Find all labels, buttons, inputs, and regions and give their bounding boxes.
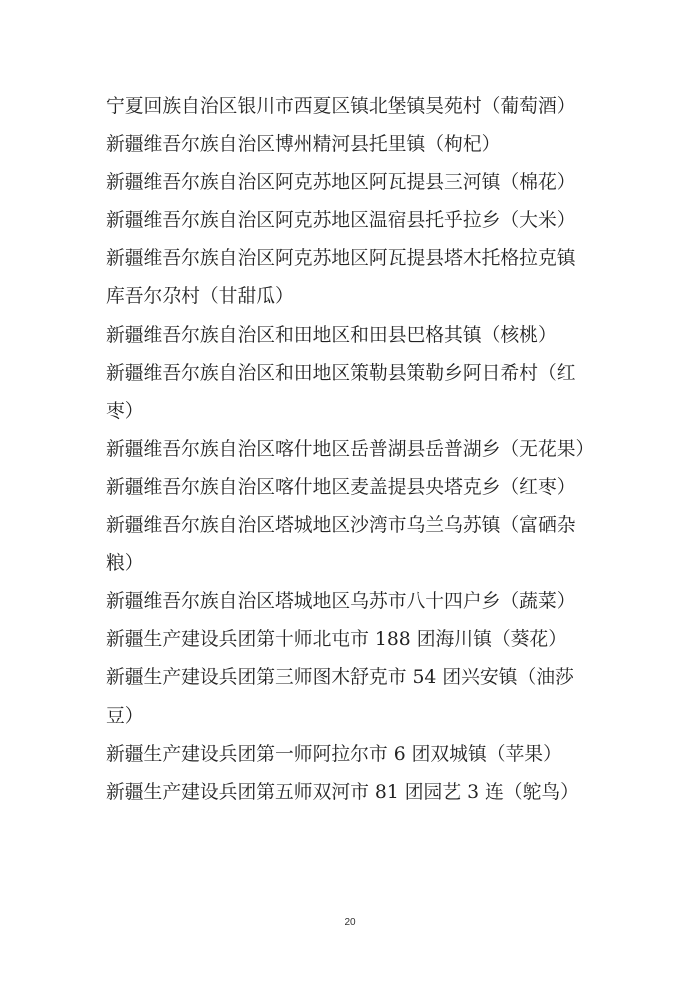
- text-line: 新疆维吾尔族自治区塔城地区乌苏市八十四户乡（蔬菜）: [106, 583, 586, 621]
- text-line: 新疆维吾尔族自治区阿克苏地区阿瓦提县三河镇（棉花）: [106, 164, 586, 202]
- text-line: 新疆生产建设兵团第一师阿拉尔市 6 团双城镇（苹果）: [106, 736, 586, 774]
- text-line: 枣）: [106, 393, 586, 431]
- text-line: 新疆维吾尔族自治区博州精河县托里镇（枸杞）: [106, 126, 586, 164]
- text-line: 新疆生产建设兵团第十师北屯市 188 团海川镇（葵花）: [106, 621, 586, 659]
- text-line: 新疆维吾尔族自治区喀什地区麦盖提县央塔克乡（红枣）: [106, 469, 586, 507]
- text-line: 新疆生产建设兵团第三师图木舒克市 54 团兴安镇（油莎: [106, 659, 586, 697]
- text-line: 新疆维吾尔族自治区阿克苏地区温宿县托乎拉乡（大米）: [106, 202, 586, 240]
- text-line: 新疆维吾尔族自治区和田地区和田县巴格其镇（核桃）: [106, 317, 586, 355]
- page-number: 20: [0, 917, 700, 928]
- text-line: 新疆维吾尔族自治区塔城地区沙湾市乌兰乌苏镇（富硒杂: [106, 507, 586, 545]
- text-line: 宁夏回族自治区银川市西夏区镇北堡镇昊苑村（葡萄酒）: [106, 88, 586, 126]
- document-page: 宁夏回族自治区银川市西夏区镇北堡镇昊苑村（葡萄酒） 新疆维吾尔族自治区博州精河县…: [0, 0, 700, 990]
- text-line: 库吾尔尕村（甘甜瓜）: [106, 278, 586, 316]
- text-line: 粮）: [106, 545, 586, 583]
- text-line: 新疆维吾尔族自治区喀什地区岳普湖县岳普湖乡（无花果）: [106, 431, 586, 469]
- document-body: 宁夏回族自治区银川市西夏区镇北堡镇昊苑村（葡萄酒） 新疆维吾尔族自治区博州精河县…: [106, 88, 586, 812]
- text-line: 豆）: [106, 698, 586, 736]
- text-line: 新疆维吾尔族自治区和田地区策勒县策勒乡阿日希村（红: [106, 355, 586, 393]
- text-line: 新疆生产建设兵团第五师双河市 81 团园艺 3 连（鸵鸟）: [106, 774, 586, 812]
- text-line: 新疆维吾尔族自治区阿克苏地区阿瓦提县塔木托格拉克镇: [106, 240, 586, 278]
